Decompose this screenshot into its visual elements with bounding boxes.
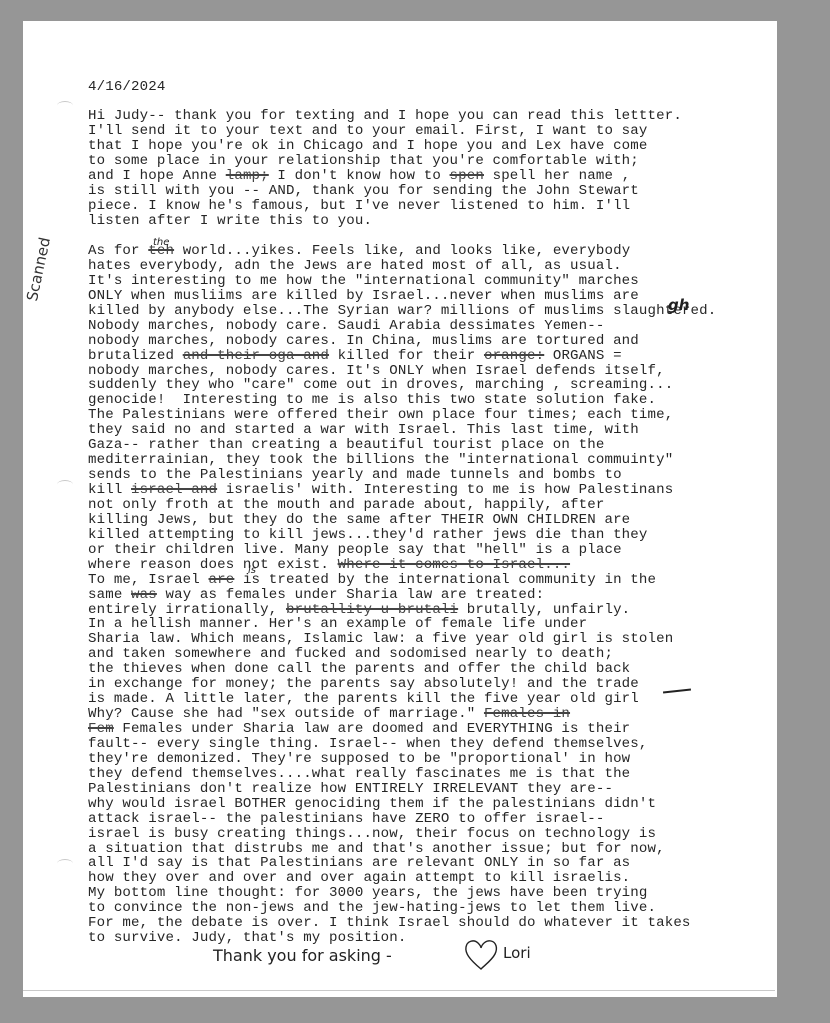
text-line: Palestinians don't realize how ENTIRELY … (88, 782, 716, 797)
struck-text: was (131, 587, 157, 603)
text-line: fault-- every single thing. Israel-- whe… (88, 737, 716, 752)
handwritten-insert-gh: gh (668, 296, 689, 314)
text-line: to survive. Judy, that's my position. (88, 931, 716, 946)
text-line: The Palestinians were offered their own … (88, 408, 716, 423)
struck-text: are (209, 572, 235, 588)
text-line: nobody marches, nobody cares. It's ONLY … (88, 364, 716, 379)
text-line: they defend themselves....what really fa… (88, 767, 716, 782)
handwritten-insert-the: the (153, 237, 169, 248)
text-line: same was way as females under Sharia law… (88, 588, 716, 603)
text-line: killed attempting to kill jews...they'd … (88, 528, 716, 543)
text-line: attack israel-- the palestinians have ZE… (88, 812, 716, 827)
text-line: suddenly they who "care" come out in dro… (88, 378, 716, 393)
text-line: My bottom line thought: for 3000 years, … (88, 886, 716, 901)
letter-page: Scanned 4/16/2024 Hi Judy-- thank you fo… (23, 21, 777, 997)
struck-text: and their oga and (183, 348, 329, 364)
struck-text: brutallity u brutali (286, 602, 458, 618)
text-line: mediterrainian, they took the billions t… (88, 453, 716, 468)
text-line: the thieves when done call the parents a… (88, 662, 716, 677)
text-line: to some place in your relationship that … (88, 154, 682, 169)
text-line: they said no and started a war with Isra… (88, 423, 716, 438)
text-line: piece. I know he's famous, but I've neve… (88, 199, 682, 214)
struck-text: Fem (88, 721, 114, 737)
text-line: It's interesting to me how the "internat… (88, 274, 716, 289)
struck-text: lamp; (226, 168, 269, 184)
handwritten-insert-is: is (248, 565, 256, 576)
text-line: Why? Cause she had "sex outside of marri… (88, 707, 716, 722)
struck-text: Females in (484, 706, 570, 722)
letter-date: 4/16/2024 (88, 79, 165, 95)
text-line: to convince the non-jews and the jew-hat… (88, 901, 716, 916)
text-line: brutalized and their oga and killed for … (88, 349, 716, 364)
handwritten-closing: Thank you for asking - (213, 946, 392, 965)
text-line: killing Jews, but they do the same after… (88, 513, 716, 528)
text-line: in exchange for money; the parents say a… (88, 677, 716, 692)
text-line: hates everybody, adn the Jews are hated … (88, 259, 716, 274)
text-line: Nobody marches, nobody care. Saudi Arabi… (88, 319, 716, 334)
text-line: nobody marches, nobody cares. In China, … (88, 334, 716, 349)
text-line: and I hope Anne lamp; I don't know how t… (88, 169, 682, 184)
punch-hole-mark (57, 101, 73, 110)
text-line: a situation that distrubs me and that's … (88, 842, 716, 857)
paragraph-greeting: Hi Judy-- thank you for texting and I ho… (88, 109, 682, 229)
text-line: israel is busy creating things...now, th… (88, 827, 716, 842)
punch-hole-mark (57, 480, 73, 489)
text-line: I'll send it to your text and to your em… (88, 124, 682, 139)
text-line: that I hope you're ok in Chicago and I h… (88, 139, 682, 154)
text-line: entirely irrationally, brutallity u brut… (88, 603, 716, 618)
margin-handwritten-note: Scanned (23, 236, 54, 303)
page-bottom-rule (23, 990, 775, 991)
text-line: In a hellish manner. Her's an example of… (88, 617, 716, 632)
text-line: is made. A little later, the parents kil… (88, 692, 716, 707)
text-line: Gaza-- rather than creating a beautiful … (88, 438, 716, 453)
punch-hole-mark (57, 859, 73, 868)
text-line: they're demonized. They're supposed to b… (88, 752, 716, 767)
paragraph-main: As for teh world...yikes. Feels like, an… (88, 244, 716, 946)
text-line: Hi Judy-- thank you for texting and I ho… (88, 109, 682, 124)
heart-icon (463, 938, 499, 977)
text-line: killed by anybody else...The Syrian war?… (88, 304, 716, 319)
text-line: and taken somewhere and fucked and sodom… (88, 647, 716, 662)
text-line: where reason does not exist. Where it co… (88, 558, 716, 573)
struck-text: spen (450, 168, 484, 184)
text-line: how they over and over and over again at… (88, 871, 716, 886)
struck-text: Where it comes to Israel... (338, 557, 570, 573)
text-line: genocide! Interesting to me is also this… (88, 393, 716, 408)
text-line: ONLY when musliims are killed by Israel.… (88, 289, 716, 304)
text-line: not only froth at the mouth and parade a… (88, 498, 716, 513)
struck-text: orange: (484, 348, 544, 364)
text-line: Sharia law. Which means, Islamic law: a … (88, 632, 716, 647)
text-line: kill israel and israelis' with. Interest… (88, 483, 716, 498)
text-line: is still with you -- AND, thank you for … (88, 184, 682, 199)
text-line: To me, Israel are is treated by the inte… (88, 573, 716, 588)
text-line: For me, the debate is over. I think Isra… (88, 916, 716, 931)
text-line: why would israel BOTHER genociding them … (88, 797, 716, 812)
text-line: Fem Females under Sharia law are doomed … (88, 722, 716, 737)
handwritten-signature: Lori (503, 944, 531, 962)
struck-text: israel and (131, 482, 217, 498)
text-line: As for teh world...yikes. Feels like, an… (88, 244, 716, 259)
letter-body: 4/16/2024 Hi Judy-- thank you for textin… (88, 21, 122, 101)
text-line: or their children live. Many people say … (88, 543, 716, 558)
text-line: all I'd say is that Palestinians are rel… (88, 856, 716, 871)
text-line: listen after I write this to you. (88, 214, 682, 229)
text-line: sends to the Palestinians yearly and mad… (88, 468, 716, 483)
